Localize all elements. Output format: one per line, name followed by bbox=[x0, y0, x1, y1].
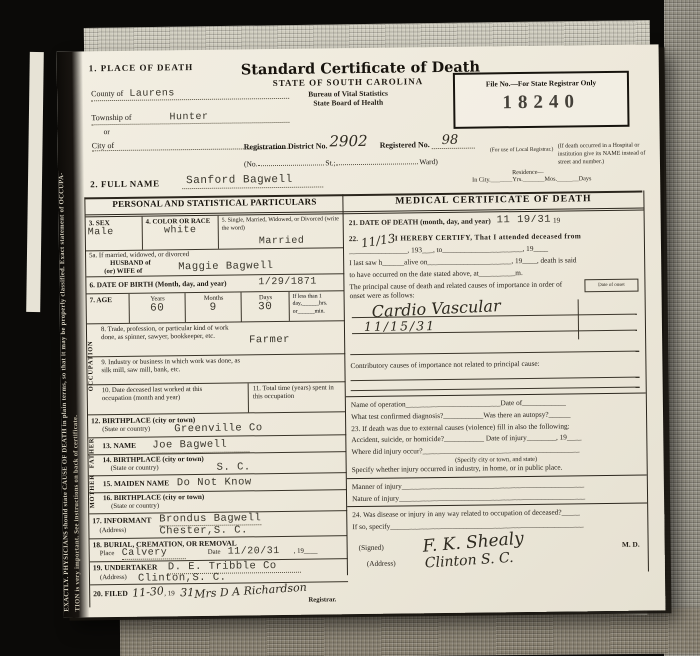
last-worked-cell: 10. Date deceased last worked at this oc… bbox=[88, 383, 248, 414]
physician-address-value: Clinton S. C. bbox=[424, 550, 514, 572]
less-than-label: If less than 1 day,______hrs. or______mi… bbox=[290, 291, 345, 316]
nature-line: Nature of injury________________________… bbox=[352, 491, 641, 503]
scanned-death-certificate-page: EXACTLY. PHYSICIANS should state CAUSE O… bbox=[0, 0, 700, 656]
race-label: 4. COLOR OR RACE bbox=[143, 216, 218, 226]
section-divider bbox=[347, 474, 647, 479]
spouse-value: Maggie Bagwell bbox=[178, 260, 273, 273]
st-label: St.; bbox=[325, 158, 335, 167]
age-days-cell: Days 30 bbox=[241, 292, 289, 322]
county-label: County of bbox=[91, 89, 123, 98]
dod-year-pre: 19 bbox=[553, 216, 560, 225]
local-registrar-note: (For use of Local Registrar.) bbox=[490, 147, 554, 154]
hospital-note: (If death occurred in a Hospital or inst… bbox=[558, 143, 646, 167]
personal-particulars-column: PERSONAL AND STATISTICAL PARTICULARS 3. … bbox=[84, 194, 348, 607]
file-number: 18240 bbox=[455, 92, 627, 113]
filed-label: 20. FILED bbox=[93, 589, 128, 598]
medical-certificate-column: MEDICAL CERTIFICATE OF DEATH 21. DATE OF… bbox=[342, 191, 649, 576]
operation-line: Name of operation_______________________… bbox=[351, 398, 640, 410]
street-ward-line: (No. St.; Ward) bbox=[244, 155, 438, 168]
informant-label: 17. INFORMANT bbox=[92, 516, 151, 526]
or-label: or bbox=[103, 127, 109, 136]
marital-value: Married bbox=[259, 236, 305, 248]
cause-onset-date: 11/15/31 bbox=[364, 318, 436, 334]
signed-label: (Signed) bbox=[359, 544, 384, 553]
registration-district-line: Registration District No. 2902 Registere… bbox=[244, 133, 475, 154]
cause-of-death-area: Cardio Vascular 11/15/31 bbox=[350, 299, 639, 343]
months-value: 9 bbox=[186, 301, 241, 314]
dob-value: 1/29/1871 bbox=[258, 277, 317, 289]
age-row: 7. AGE Years 60 Months 9 Days 30 If less… bbox=[87, 291, 345, 324]
undertaker-address-label: (Address) bbox=[100, 574, 127, 581]
total-time-label: 11. Total time (years) spent in this occ… bbox=[253, 384, 341, 401]
physician-address-label: (Address) bbox=[367, 560, 396, 569]
board-line: State Board of Health bbox=[241, 97, 455, 109]
days-value: 30 bbox=[242, 301, 289, 314]
industry-row: 9. Industry or business in which work wa… bbox=[87, 354, 345, 385]
marital-label: 5. Single, Married, Widowed, or Divorced… bbox=[219, 214, 344, 233]
certify-no: 22. bbox=[349, 235, 358, 244]
burial-row: 18. BURIAL, CREMATION, OR REMOVAL Place … bbox=[90, 536, 348, 562]
marital-cell: 5. Single, Married, Widowed, or Divorced… bbox=[218, 214, 344, 249]
undertaker-label: 19. UNDERTAKER bbox=[93, 563, 158, 573]
date-of-death-row: 21. DATE OF DEATH (month, day, and year)… bbox=[349, 214, 638, 230]
place-of-death-heading: 1. PLACE OF DEATH bbox=[89, 62, 194, 73]
father-name-label: 13. NAME bbox=[102, 441, 136, 450]
filed-day-value: 11-30 bbox=[132, 584, 165, 600]
informant-address-label: (Address) bbox=[99, 527, 126, 534]
undertaker-row: 19. UNDERTAKER D. E. Tribble Co (Address… bbox=[90, 559, 348, 585]
registered-no-value: 98 bbox=[432, 133, 475, 150]
sex-race-marital-row: 3. SEX Male 4. COLOR OR RACE white 5. Si… bbox=[86, 214, 344, 251]
sex-cell: 3. SEX Male bbox=[86, 217, 142, 251]
ward-label: Ward) bbox=[419, 157, 438, 166]
registrar-signature: Mrs D A Richardson bbox=[194, 581, 307, 601]
father-bp-value: S. C. bbox=[217, 461, 251, 473]
years-value: 60 bbox=[130, 302, 185, 315]
district-value: 2902 bbox=[329, 132, 367, 150]
certificate-title-block: Standard Certificate of Death STATE OF S… bbox=[241, 60, 456, 109]
maiden-value: Do Not Know bbox=[177, 476, 252, 489]
burial-place-label: Place bbox=[100, 550, 115, 557]
file-box-label: File No.—For State Registrar Only bbox=[455, 79, 627, 89]
birthplace-row: 12. BIRTHPLACE (city or town) (State or … bbox=[88, 412, 346, 438]
burial-date-label: Date bbox=[208, 549, 221, 556]
binding-fabric-right bbox=[664, 0, 700, 656]
full-name-value: Sanford Bagwell bbox=[182, 173, 323, 189]
father-bp-label: 14. BIRTHPLACE (city or town) bbox=[103, 455, 204, 464]
manner-line: Manner of injury________________________… bbox=[352, 479, 641, 491]
no-label: (No. bbox=[244, 159, 258, 168]
mother-bp-label: 16. BIRTHPLACE (city or town) bbox=[103, 493, 204, 502]
section-divider bbox=[347, 503, 647, 508]
birthplace-state-label: (State or country) bbox=[102, 426, 150, 434]
date-of-onset-box: Date of onset bbox=[584, 279, 638, 293]
residence-block: Residence— In City._______Yrs._______Mos… bbox=[472, 168, 640, 184]
filed-row: 20. FILED 11-30 , 19 31 Mrs D A Richards… bbox=[90, 582, 348, 607]
last-saw-line: I last saw h______alive on______________… bbox=[349, 255, 638, 267]
race-value: white bbox=[143, 225, 218, 237]
last-worked-label: 10. Date deceased last worked at this oc… bbox=[102, 386, 230, 404]
trade-row: 8. Trade, profession, or particular kind… bbox=[87, 321, 345, 357]
blank-rule bbox=[351, 371, 640, 382]
full-name-label: 2. FULL NAME bbox=[90, 178, 160, 189]
maiden-label: 15. MAIDEN NAME bbox=[103, 478, 169, 488]
city-label: City of bbox=[92, 141, 115, 150]
last-worked-row: 10. Date deceased last worked at this oc… bbox=[88, 382, 346, 415]
accident-line: Accident, suicide, or homicide?_________… bbox=[351, 433, 640, 445]
filed-year-pre: , 19 bbox=[164, 589, 175, 597]
section-divider bbox=[346, 393, 646, 398]
item23-line: 23. If death was due to external causes … bbox=[351, 421, 640, 433]
physician-address-row: (Address) Clinton S. C. bbox=[353, 551, 642, 571]
blank-rule bbox=[350, 341, 639, 356]
occurred-line: to have occurred on the date stated abov… bbox=[349, 267, 638, 279]
onset-column-divider bbox=[578, 300, 579, 340]
md-label: M. D. bbox=[622, 541, 640, 550]
age-years-cell: Years 60 bbox=[129, 293, 185, 323]
trade-value: Farmer bbox=[249, 334, 290, 346]
age-cell: 7. AGE bbox=[87, 294, 129, 324]
blank-rule bbox=[351, 381, 640, 392]
registered-no-label: Registered No. bbox=[380, 140, 430, 150]
informant-row: 17. INFORMANT Brondus Bagwell (Address) … bbox=[89, 511, 347, 539]
township-value: Hunter bbox=[169, 112, 208, 123]
contributory-label: Contributory causes of importance not re… bbox=[350, 359, 639, 371]
spouse-row: 5a. If married, widowed, or divorced HUS… bbox=[86, 248, 344, 277]
sex-value: Male bbox=[86, 227, 142, 239]
death-certificate: EXACTLY. PHYSICIANS should state CAUSE O… bbox=[57, 44, 666, 617]
residence-duration-line: In City._______Yrs._______Mos._______Day… bbox=[472, 175, 640, 184]
burial-year-pre: , 19____ bbox=[294, 548, 318, 555]
trade-label: 8. Trade, profession, or particular kind… bbox=[101, 324, 243, 342]
sex-label: 3. SEX bbox=[86, 217, 142, 228]
industry-label: 9. Industry or business in which work wa… bbox=[101, 357, 243, 375]
birthplace-value: Greenville Co bbox=[174, 422, 263, 435]
father-name-value: Joe Bagwell bbox=[150, 438, 249, 453]
file-number-box: File No.—For State Registrar Only 18240 bbox=[453, 71, 630, 129]
mother-bp-state-label: (State or country) bbox=[111, 502, 159, 510]
dod-label: 21. DATE OF DEATH (month, day, and year) bbox=[349, 216, 491, 227]
certify-line1: I HEREBY CERTIFY, That I attended deceas… bbox=[395, 232, 581, 243]
adjacent-page-edge bbox=[26, 52, 44, 312]
father-bp-state-label: (State or country) bbox=[111, 464, 159, 472]
township-label: Township of bbox=[91, 113, 131, 122]
township-field: Township of Hunter bbox=[91, 111, 289, 125]
test-line: What test confirmed diagnosis?__________… bbox=[351, 410, 640, 422]
spouse-label-3: (or) WIFE of bbox=[104, 268, 142, 277]
race-cell: 4. COLOR OR RACE white bbox=[142, 216, 218, 250]
district-label: Registration District No. bbox=[244, 141, 328, 151]
age-months-cell: Months 9 bbox=[185, 292, 241, 322]
registrar-label: Registrar. bbox=[308, 596, 336, 603]
less-than-day-cell: If less than 1 day,______hrs. or______mi… bbox=[289, 291, 345, 321]
dod-value: 11 19/31 bbox=[497, 214, 552, 227]
item24-line: 24. Was disease or injury in any way rel… bbox=[352, 508, 641, 520]
age-label: 7. AGE bbox=[87, 294, 129, 305]
total-time-cell: 11. Total time (years) spent in this occ… bbox=[248, 382, 346, 412]
undertaker-address-value: Clinton,S. C. bbox=[138, 572, 227, 585]
filed-year-value: 31 bbox=[180, 586, 194, 599]
informant-address-value: Chester,S. C. bbox=[159, 524, 248, 537]
burial-date-value: 11/20/31 bbox=[228, 546, 280, 558]
burial-place-value: Calvery bbox=[122, 547, 186, 560]
dob-label: 6. DATE OF BIRTH (Month, day, and year) bbox=[89, 279, 226, 290]
county-value: Laurens bbox=[129, 88, 175, 100]
